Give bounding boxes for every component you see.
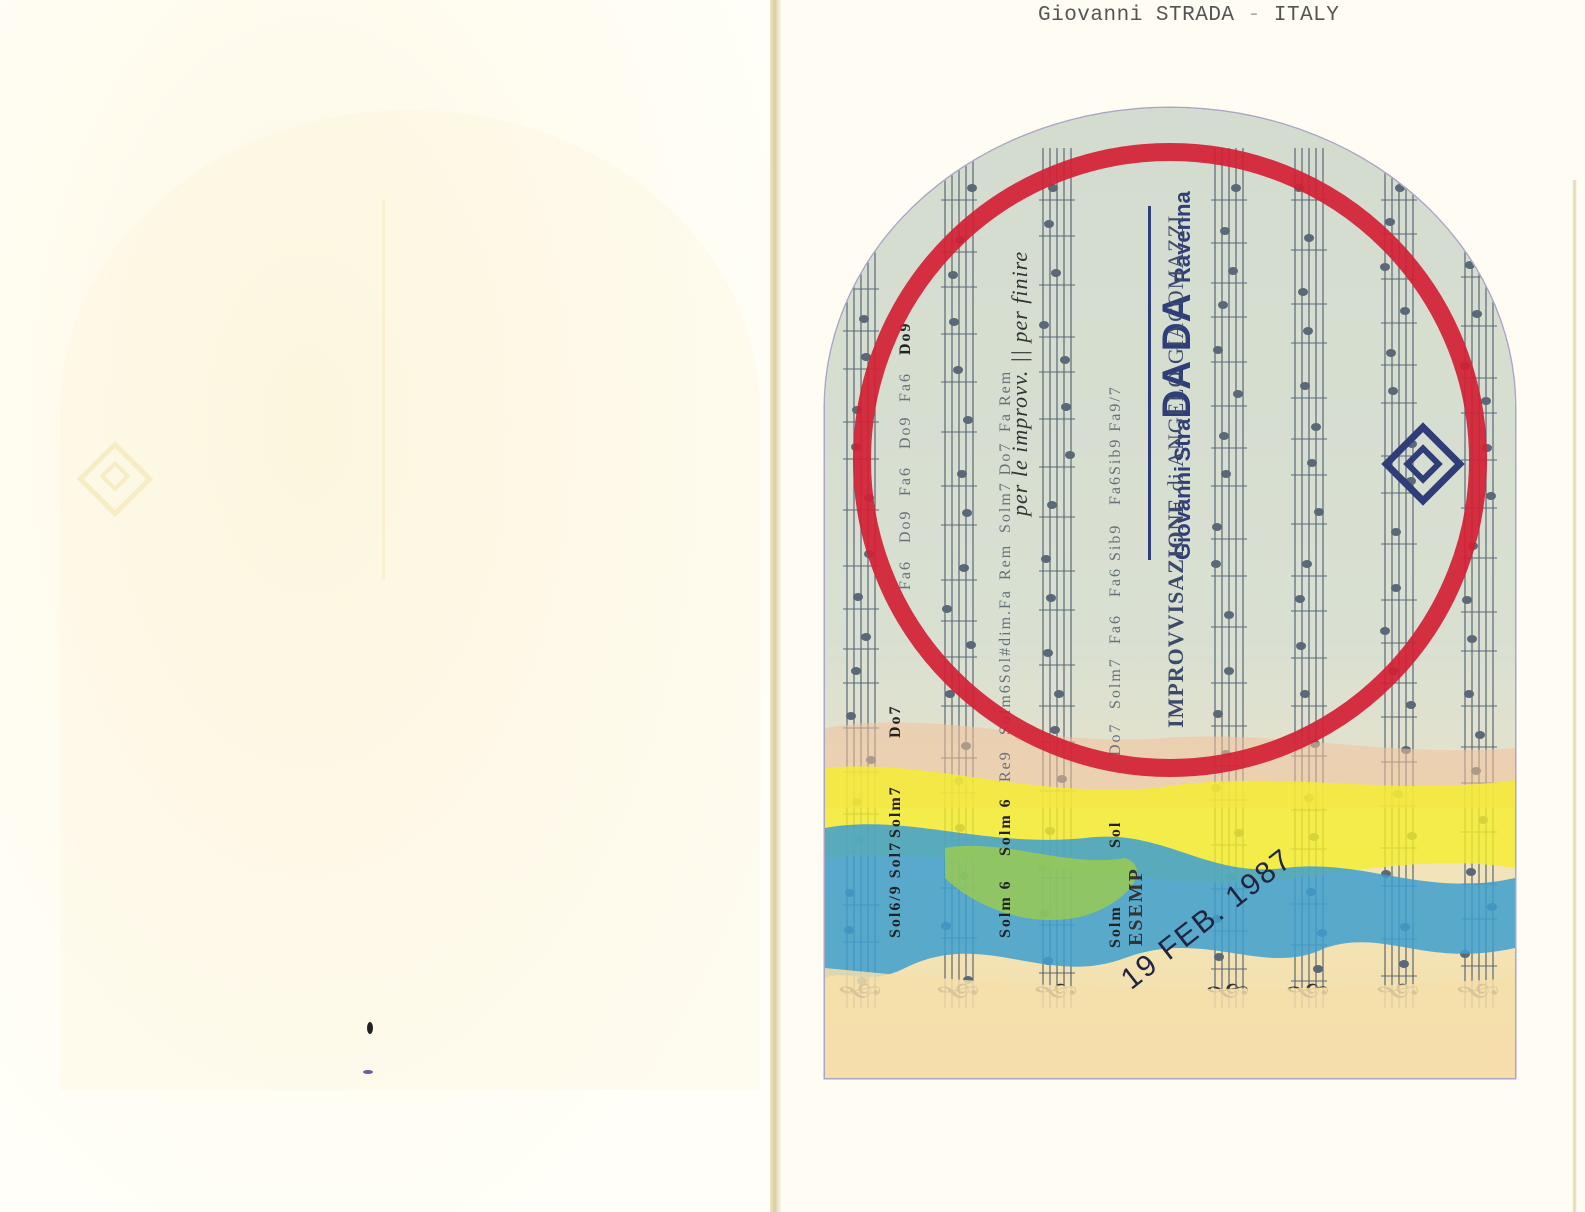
left-page <box>0 0 770 1212</box>
collage-card: 𝄞𝄞𝄞𝄞𝄞𝄞𝄞 Giovanni StraDA DA Ravenna IMPRO… <box>825 108 1515 1078</box>
double-diamond-logo-icon <box>1386 427 1460 501</box>
ink-speck <box>367 1022 373 1034</box>
separator: - <box>1248 4 1261 27</box>
ink-speck <box>363 1070 373 1074</box>
artist-name: Giovanni STRADA <box>1038 4 1235 27</box>
artist-country: ITALY <box>1274 4 1340 27</box>
header-typed-name: Giovanni STRADA - ITALY <box>1038 4 1339 27</box>
show-through-rule <box>382 200 385 580</box>
page-edge <box>1572 180 1577 1212</box>
show-through-arch <box>60 110 760 1090</box>
book-spine <box>770 0 782 1212</box>
